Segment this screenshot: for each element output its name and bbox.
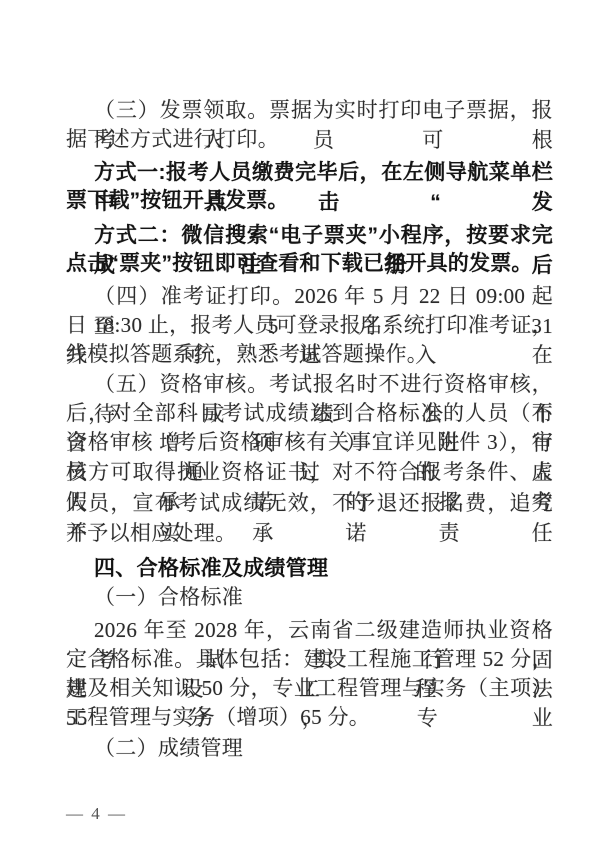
text-line: （三）发票领取。票据为实时打印电子票据，报考人员可根 — [66, 95, 553, 125]
subsection-heading: （二）成绩管理 — [66, 733, 553, 763]
text-line: （四）准考证打印。2026 年 5 月 22 日 09:00 起至 5 月 31 — [66, 281, 553, 311]
page-number: — 4 — — [66, 801, 127, 827]
text-line: 资格审核（考后资格审核有关事宜详见附件 3），审核通过的人 — [66, 427, 553, 457]
text-line: 定合格标准。具体包括：建设工程施工管理 52 分，建设工程法 — [66, 644, 553, 674]
text-line: 工程管理与实务（增项）65 分。 — [66, 702, 553, 732]
text-line: 员方可取得执业资格证书，对不符合报考条件、虚假承诺的报考 — [66, 457, 553, 487]
text-line: 后，对全部科目考试成绩达到合格标准的人员（不含增项）进行 — [66, 398, 553, 428]
text-line: （五）资格审核。考试报名时不进行资格审核，待成绩公布 — [66, 369, 553, 399]
text-line: 方式一:报考人员缴费完毕后，在左侧导航菜单栏中点击“发 — [66, 158, 553, 188]
text-line: 人员，宣布考试成绩无效，不予退还报名费，追究不实承诺责任 — [66, 488, 553, 518]
text-line: 2026 年至 2028 年，云南省二级建造师执业资格考试实行固 — [66, 615, 553, 645]
document-page: （三）发票领取。票据为实时打印电子票据，报考人员可根 据下述方式进行打印。 方式… — [0, 0, 613, 851]
subsection-heading: （一）合格标准 — [66, 582, 553, 612]
text-line: 据下述方式进行打印。 — [66, 124, 553, 154]
text-line: 方式二：微信搜索“电子票夹”小程序，按要求完成注册后 — [66, 221, 553, 251]
text-line: 并予以相应处理。 — [66, 518, 553, 548]
text-line: 日 18:30 止，报考人员可登录报名系统打印准考证，并可进入在 — [66, 310, 553, 340]
text-line: 规及相关知识 50 分，专业工程管理与实务（主项）55 分，专业 — [66, 673, 553, 703]
section-heading: 四、合格标准及成绩管理 — [66, 554, 553, 584]
text-line: 线模拟答题系统，熟悉考试答题操作。 — [66, 339, 553, 369]
text-line: 点击“票夹”按钮即可查看和下载已经开具的发票。 — [66, 249, 553, 279]
text-line: 票下载”按钮开具发票。 — [66, 186, 553, 216]
